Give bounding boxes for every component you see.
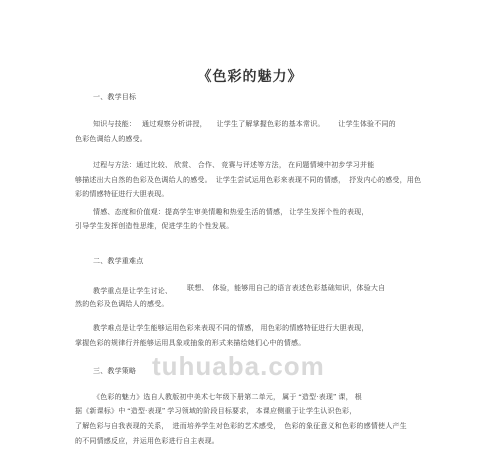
watermark-text: tuhuaba.com xyxy=(152,351,325,382)
para-knowledge-skills-line-1: 知识与技能： 通过观察分析讲授， 让学生了解掌握色彩的基本常识。 让学生体验不同… xyxy=(93,120,396,129)
para-key-point-line-1a: 教学重点是让学生讨论、 xyxy=(93,287,172,296)
heading-key-difficult-points: 二、教学重难点 xyxy=(93,257,143,266)
para-knowledge-skills-line-2: 色彩色调给人的感受。 xyxy=(75,135,147,144)
para-emotion-values-line-2: 引导学生发挥创造性思维，促进学生的个性发展。 xyxy=(75,222,233,231)
document-title: 《色彩的魅力》 xyxy=(0,66,500,86)
para-strategy-line-2: 据《新课标》中 “造型·表现” 学习领域的阶段目标要求， 本课应侧重于让学生认识… xyxy=(75,407,356,416)
para-process-method-line-1: 过程与方法：通过比较、 欣赏、 合作、 竞赛与评述等方法， 在问题情境中初步学习… xyxy=(93,161,374,170)
heading-teaching-strategy: 三、教学策略 xyxy=(93,367,136,376)
para-difficult-point-line-1: 教学难点是让学生能够运用色彩来表现不同的情感， 用色彩的情感特征进行大胆表现， xyxy=(93,324,369,333)
para-emotion-values-line-1: 情感、态度和价值观：提高学生审美情趣和热爱生活的情感， 让学生发挥个性的表现， xyxy=(93,208,369,217)
para-difficult-point-line-2: 掌握色彩的规律行并能够运用具象或抽象的形式来描绘她们心中的情感。 xyxy=(75,339,305,348)
para-key-point-line-1b: 联想、 体验，能够用自己的语言表述色彩基础知识，体验大自 xyxy=(187,284,385,293)
para-key-point-line-2: 然的色彩及色调给人的感受。 xyxy=(75,300,169,309)
para-process-method-line-3: 彩的情感特征进行大胆表现。 xyxy=(75,190,169,199)
para-process-method-line-2: 够描述出大自然的色彩及色调给人的感受。 让学生尝试运用色彩来表现不同的情感， 抒… xyxy=(75,176,421,185)
heading-teaching-objectives: 一、教学目标 xyxy=(93,93,136,102)
para-strategy-line-3: 了解色彩与自我表现的关系， 进而培养学生对色彩的艺术感受， 色彩的象征意义和色彩… xyxy=(75,422,407,431)
document-page: tuhuaba.com 《色彩的魅力》 一、教学目标 知识与技能： 通过观察分析… xyxy=(0,0,500,455)
para-strategy-line-1: 《色彩的魅力》选自人教版初中美术七年级下册第二单元， 属于 “造型·表现” 课，… xyxy=(93,393,362,402)
para-strategy-line-4: 的不同情感反应，并运用色彩进行自主表现。 xyxy=(75,437,219,446)
